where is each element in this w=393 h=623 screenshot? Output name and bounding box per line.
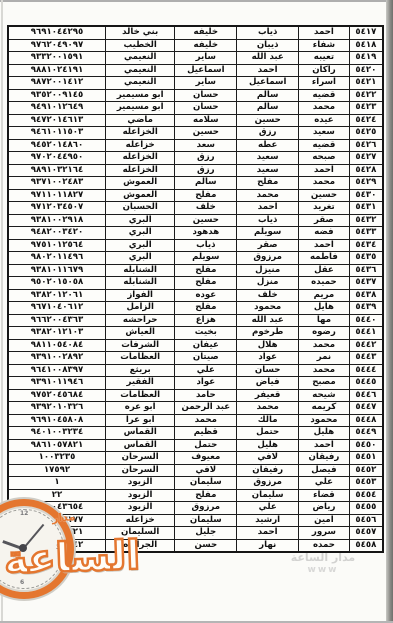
cell-id: ٥٤٤٤: [349, 364, 383, 377]
cell-grandfather: حامد: [175, 389, 237, 402]
cell-first: تغريد: [299, 202, 350, 215]
cell-family: العياش: [106, 327, 175, 340]
cell-id: ٥٤٣٩: [349, 302, 383, 315]
table-row: ٥٤٥٠احمدهليلحتملالقماس٩٨٦١٠٥٧٨٢١: [8, 439, 383, 452]
cell-father: ذياب: [237, 26, 299, 39]
table-row: ٥٤٤٠مهاعبد اللههزاعحراحشه٩٦٦٢٠٠٤٣٦٣: [8, 314, 383, 327]
cell-first: حمده: [299, 539, 350, 552]
table-row: ٥٤٢٨احمدسعيدرزقالخزاعله٩٨٩١٠٣٢١٦٤: [8, 164, 383, 177]
cell-id: ٥٤٥٨: [349, 539, 383, 552]
cell-family: بني خالد: [106, 26, 175, 39]
cell-phone: ١٠٠٣٢٣٥: [8, 452, 106, 465]
cell-first: محمد: [299, 339, 350, 352]
cell-family: الفقير: [106, 377, 175, 390]
cell-first: فيصل: [299, 464, 350, 477]
cell-id: ٥٤٤٣: [349, 352, 383, 365]
cell-family: ماضي: [106, 114, 175, 127]
table-row: ٥٤٣٠حسينمحمدمفلحالعموش٩٧١١٠١١٨٢٧: [8, 189, 383, 202]
cell-family: الخطيب: [106, 39, 175, 52]
cell-family: العموش: [106, 177, 175, 190]
table-row: ٥٤٥٢فيصلرفيفانلافيالسرحان١٧٥٩٢: [8, 464, 383, 477]
cell-grandfather: عواد: [175, 377, 237, 390]
cell-phone: ٩٦٦٢٠٠٤٣٦٣: [8, 314, 106, 327]
cell-first: مريم: [299, 289, 350, 302]
cell-id: ٥٤٣٣: [349, 227, 383, 240]
cell-grandfather: ساير: [175, 52, 237, 65]
cell-first: امين: [299, 514, 350, 527]
table-row: ٥٤١٧احمدذيابخليفهبني خالد٩٦٩١٠٤٤٢٩٥: [8, 26, 383, 39]
cell-id: ٥٤١٩: [349, 52, 383, 65]
cell-phone: ٩٧١١٠١١٨٢٧: [8, 189, 106, 202]
cell-family: الخزاعله: [106, 127, 175, 140]
cell-grandfather: مفلح: [175, 264, 237, 277]
cell-id: ٥٤٤١: [349, 327, 383, 340]
cell-family: السرحان: [106, 464, 175, 477]
cell-phone: ١: [8, 477, 106, 490]
table-row: ٥٤٢٤عيدهحسينسلامهماضي٩٤٧٢٠١٤٦١٣: [8, 114, 383, 127]
cell-family: البري: [106, 214, 175, 227]
table-row: ٥٤٢١اسراءاسماعيلسايرالنعيمي٩٨٧٢٠٠١٤١٢: [8, 77, 383, 90]
cell-grandfather: سعد: [175, 139, 237, 152]
cell-phone: ٩٣٨١٠٠٢٩١٨: [8, 214, 106, 227]
cell-id: ٥٤٢٩: [349, 177, 383, 190]
table-row: ٥٤٣٨مريمخلفعودهالفواز٩٣٨٢٠١٢٠٦١: [8, 289, 383, 302]
cell-family: ابو عرا: [106, 414, 175, 427]
cell-phone: ٩٦٤١٠٠٨٣٩٧: [8, 364, 106, 377]
table-row: ٥٤٢٢قضيهسالمحسانابو مسيمير٩٣٥٢٠٠٩١٤٥: [8, 89, 383, 102]
cell-phone: ٩٤٥٢٠١٤٨٦٠: [8, 139, 106, 152]
cell-grandfather: مرزوق: [175, 502, 237, 515]
cell-first: هايل: [299, 302, 350, 315]
cell-family: البري: [106, 252, 175, 265]
cell-father: حتمل: [237, 427, 299, 440]
cell-grandfather: معيوف: [175, 452, 237, 465]
cell-father: حسين: [237, 114, 299, 127]
cell-first: صقر: [299, 214, 350, 227]
cell-grandfather: جليل: [175, 527, 237, 540]
table-row: ٥٤٣٢صقرذيابحسينالبري٩٣٨١٠٠٢٩١٨: [8, 214, 383, 227]
table-row: ٥٤٢٧صبحهسعيدرزقالخزاعله٩٧٠٢٠٤٤٩٥٠: [8, 152, 383, 165]
cell-father: عبد الله: [237, 314, 299, 327]
cell-phone: ٩٣٩١٠٠٢٨٩٢: [8, 352, 106, 365]
cell-father: منزل: [237, 277, 299, 290]
cell-father: محمد: [237, 402, 299, 415]
cell-grandfather: مفلح: [175, 277, 237, 290]
cell-id: ٥٤٣٧: [349, 277, 383, 290]
cell-first: محمد: [299, 364, 350, 377]
cell-grandfather: علي: [175, 364, 237, 377]
cell-father: منيزل: [237, 264, 299, 277]
cell-grandfather: خليفه: [175, 26, 237, 39]
cell-phone: ٩٣٣٢٠٠١٥٩١: [8, 52, 106, 65]
table-row: ٥٤٤٣نمرعوادصيتانالعظامات٩٣٩١٠٠٢٨٩٢: [8, 352, 383, 365]
cell-father: ذيبان: [237, 39, 299, 52]
cell-id: ٥٤٢٦: [349, 139, 383, 152]
cell-father: هليل: [237, 439, 299, 452]
watermark: مدار الساعة www: [268, 551, 378, 577]
cell-grandfather: رزق: [175, 164, 237, 177]
cell-father: مرزوق: [237, 477, 299, 490]
cell-phone: ٩٣٨١٠١١٦٧٩: [8, 264, 106, 277]
scan-edge-right: [386, 0, 393, 623]
cell-family: القماس: [106, 439, 175, 452]
cell-id: ٥٤٣٨: [349, 289, 383, 302]
cell-family: ابو مسيمير: [106, 102, 175, 115]
cell-first: حسين: [299, 189, 350, 202]
cell-family: النعيمي: [106, 52, 175, 65]
cell-grandfather: سليمان: [175, 514, 237, 527]
cell-family: النعيمي: [106, 77, 175, 90]
cell-first: قضيه: [299, 89, 350, 102]
cell-id: ٥٤٢١: [349, 77, 383, 90]
table-row: ٥٤٢٦قضيهعطهسعدخزاعله٩٤٥٢٠١٤٨٦٠: [8, 139, 383, 152]
cell-family: بريثع: [106, 364, 175, 377]
cell-grandfather: ساير: [175, 77, 237, 90]
watermark-url: www: [268, 564, 378, 577]
cell-first: احمد: [299, 239, 350, 252]
cell-id: ٥٤٢٢: [349, 89, 383, 102]
cell-father: عواد: [237, 352, 299, 365]
table-row: ٥٤٣١تغريداحمدخلفالحسبان٩٧١٢٠٣٤٥٠٧: [8, 202, 383, 215]
cell-grandfather: خليفه: [175, 39, 237, 52]
cell-id: ٥٤٢٨: [349, 164, 383, 177]
records-table-body: ٥٤١٧احمدذيابخليفهبني خالد٩٦٩١٠٤٤٢٩٥٥٤١٨ش…: [8, 26, 383, 552]
cell-phone: ٩٣٩١٠١١٩٤٦: [8, 377, 106, 390]
cell-family: الحسبان: [106, 202, 175, 215]
cell-family: ابو مسيمير: [106, 89, 175, 102]
table-row: ٥٤٥١رفيقانلافيمعيوفالسرحان١٠٠٣٢٣٥: [8, 452, 383, 465]
cell-first: محمد: [299, 177, 350, 190]
cell-father: مالك: [237, 414, 299, 427]
cell-first: شفاء: [299, 39, 350, 52]
cell-phone: ٩٥٠٢٠١٥٠٥٨: [8, 277, 106, 290]
table-row: ٥٤١٨شفاءذيبانخليفهالخطيب٩٧٦٢٠٤٩٠٩٧: [8, 39, 383, 52]
cell-first: احمد: [299, 439, 350, 452]
cell-grandfather: حسين: [175, 127, 237, 140]
cell-grandfather: عوده: [175, 289, 237, 302]
cell-family: العظامات: [106, 352, 175, 365]
cell-father: سعيد: [237, 152, 299, 165]
table-row: ٥٤٢٠راكاناحمداسماعيلالنعيمي٩٨٨١٠٢٤١٩١: [8, 64, 383, 77]
cell-phone: ٩٦٧١٠٤٠٦١٢: [8, 302, 106, 315]
cell-grandfather: عيفان: [175, 339, 237, 352]
cell-id: ٥٤٢٣: [349, 102, 383, 115]
cell-father: مفلح: [237, 177, 299, 190]
cell-id: ٥٤٥١: [349, 452, 383, 465]
cell-id: ٥٤٤٦: [349, 389, 383, 402]
cell-father: عطه: [237, 139, 299, 152]
cell-phone: ٩٤٧٢٠١٤٦١٣: [8, 114, 106, 127]
cell-first: رضوه: [299, 327, 350, 340]
cell-grandfather: حسين: [175, 214, 237, 227]
cell-id: ٥٤٣١: [349, 202, 383, 215]
scan-edge-top: [0, 0, 393, 2]
cell-father: خلف: [237, 289, 299, 302]
cell-first: علي: [299, 477, 350, 490]
cell-id: ٥٤٤٥: [349, 377, 383, 390]
cell-grandfather: حسان: [175, 102, 237, 115]
cell-father: حسان: [237, 364, 299, 377]
table-row: ٥٤٤٦شيحهقعيفرحامدالعظامات٩٧٥٢٠٤٥٦٨٤: [8, 389, 383, 402]
cell-phone: ٩٧٥١٠١٢٥٦٤: [8, 239, 106, 252]
cell-father: صقر: [237, 239, 299, 252]
cell-family: الخزاعله: [106, 152, 175, 165]
cell-father: ارشيد: [237, 514, 299, 527]
cell-phone: ٩٧٦٢٠٤٩٠٩٧: [8, 39, 106, 52]
cell-id: ٥٤٣٥: [349, 252, 383, 265]
cell-grandfather: حسان: [175, 89, 237, 102]
cell-phone: ٩٣٨٢٠١٢٠٦١: [8, 289, 106, 302]
cell-father: لافي: [237, 452, 299, 465]
cell-family: البري: [106, 227, 175, 240]
table-row: ٥٤٢٥سعيدرزقحسينالخزاعله٩٤٦١٠١١٥٠٣: [8, 127, 383, 140]
cell-phone: ٩٨١١٠٥٤٠٨٤: [8, 339, 106, 352]
cell-grandfather: حسن: [175, 539, 237, 552]
cell-grandfather: حتمل: [175, 439, 237, 452]
cell-family: الزيود: [106, 502, 175, 515]
table-row: ٥٤٣٧حميدهمنزلمفلحالشنابله٩٥٠٢٠١٥٠٥٨: [8, 277, 383, 290]
cell-phone: ٩٤٩١٠١٢٦٤٩: [8, 102, 106, 115]
cell-father: مرزوق: [237, 252, 299, 265]
cell-id: ٥٤٥٥: [349, 502, 383, 515]
table-row: ٥٤٣٥فاطمهمرزوقسويلمالبري٩٨٠٢٠١١٤٩٦: [8, 252, 383, 265]
cell-father: احمد: [237, 527, 299, 540]
cell-first: سرور: [299, 527, 350, 540]
cell-grandfather: رزق: [175, 152, 237, 165]
cell-phone: ٩٦٩١٠٤٥٨٠٨: [8, 414, 106, 427]
table-row: ٥٤٣٤احمدصقرذيابالبري٩٧٥١٠١٢٥٦٤: [8, 239, 383, 252]
cell-father: سليمان: [237, 489, 299, 502]
clock-number-12: 12: [20, 510, 28, 517]
cell-first: رياض: [299, 502, 350, 515]
cell-phone: ٩٨٩١٠٣٢١٦٤: [8, 164, 106, 177]
table-row: ٥٤٥٣عليمرزوقسليمانالزيود١: [8, 477, 383, 490]
cell-first: كريمه: [299, 402, 350, 415]
cell-first: عيده: [299, 114, 350, 127]
cell-id: ٥٤٤٢: [349, 339, 383, 352]
cell-family: العموش: [106, 189, 175, 202]
cell-father: احمد: [237, 64, 299, 77]
cell-id: ٥٤٣٢: [349, 214, 383, 227]
cell-first: عقل: [299, 264, 350, 277]
table-row: ٥٤٤٩هليلحتملقظيمالقماس٩٤٠١٠٠٣٢٣٤: [8, 427, 383, 440]
cell-grandfather: هزاع: [175, 314, 237, 327]
cell-father: علي: [237, 502, 299, 515]
cell-phone: ٩٨٦١٠٥٧٨٢١: [8, 439, 106, 452]
scanned-page: مدار الساعة www مدار الساعة www مدار الس…: [0, 0, 393, 623]
table-row: ٥٤١٩تعيبهعبد اللهسايرالنعيمي٩٣٣٢٠٠١٥٩١: [8, 52, 383, 65]
cell-first: هليل: [299, 427, 350, 440]
cell-phone: ٩٨٨١٠٢٤١٩١: [8, 64, 106, 77]
cell-id: ٥٤٢٧: [349, 152, 383, 165]
cell-grandfather: سالم: [175, 177, 237, 190]
cell-father: عبد الله: [237, 52, 299, 65]
cell-first: احمد: [299, 164, 350, 177]
cell-first: حميده: [299, 277, 350, 290]
cell-grandfather: هدهود: [175, 227, 237, 240]
cell-family: حراحشه: [106, 314, 175, 327]
cell-id: ٥٤٥٤: [349, 489, 383, 502]
table-row: ٥٤٤٢محمدهلالعيفانالشرفات٩٨١١٠٥٤٠٨٤: [8, 339, 383, 352]
cell-grandfather: سويلم: [175, 252, 237, 265]
cell-first: راكان: [299, 64, 350, 77]
cell-grandfather: اسماعيل: [175, 64, 237, 77]
table-row: ٥٤٤٧كريمهمحمدعبد الرحمنابو عره٩٣٩٢٠١٠٣٢٦: [8, 402, 383, 415]
cell-phone: ٩٧٠٢٠٤٤٩٥٠: [8, 152, 106, 165]
cell-father: رفيفان: [237, 464, 299, 477]
cell-family: الفواز: [106, 289, 175, 302]
cell-father: قعيفر: [237, 389, 299, 402]
cell-grandfather: خلف: [175, 202, 237, 215]
cell-phone: ٩٤٨٢٠٠٣٤٢٠: [8, 227, 106, 240]
cell-phone: ٩٤٠١٠٠٣٢٣٤: [8, 427, 106, 440]
cell-first: مصبح: [299, 377, 350, 390]
cell-grandfather: مفلح: [175, 302, 237, 315]
cell-phone: ٩٨٧٢٠٠١٤١٢: [8, 77, 106, 90]
cell-father: سالم: [237, 102, 299, 115]
cell-grandfather: سليمان: [175, 477, 237, 490]
cell-id: ٥٤١٨: [349, 39, 383, 52]
cell-family: الزيود: [106, 477, 175, 490]
cell-father: رزق: [237, 127, 299, 140]
cell-father: فياض: [237, 377, 299, 390]
cell-grandfather: ذياب: [175, 239, 237, 252]
cell-phone: ٩٦٩١٠٤٤٢٩٥: [8, 26, 106, 39]
cell-grandfather: صيتان: [175, 352, 237, 365]
cell-father: سعيد: [237, 164, 299, 177]
cell-family: النعيمي: [106, 64, 175, 77]
cell-father: محمد: [237, 189, 299, 202]
cell-family: الشنابله: [106, 277, 175, 290]
cell-id: ٥٤٥٣: [349, 477, 383, 490]
table-row: ٥٤٢٣محمدسالمحسانابو مسيمير٩٤٩١٠١٢٦٤٩: [8, 102, 383, 115]
table-row: ٥٤٣٣فضهسويلمهدهودالبري٩٤٨٢٠٠٣٤٢٠: [8, 227, 383, 240]
cell-first: فاطمه: [299, 252, 350, 265]
cell-id: ٥٤٣٦: [349, 264, 383, 277]
cell-phone: ٩٧١٢٠٣٤٥٠٧: [8, 202, 106, 215]
cell-family: السرحان: [106, 452, 175, 465]
cell-father: محمود: [237, 302, 299, 315]
cell-id: ٥٤٤٩: [349, 427, 383, 440]
cell-father: سالم: [237, 89, 299, 102]
cell-father: اسماعيل: [237, 77, 299, 90]
cell-grandfather: قظيم: [175, 427, 237, 440]
cell-family: الزامل: [106, 302, 175, 315]
cell-grandfather: لافي: [175, 464, 237, 477]
cell-id: ٥٤٣٠: [349, 189, 383, 202]
cell-family: العظامات: [106, 389, 175, 402]
stamp-logo-small-text: مدار: [52, 510, 76, 525]
cell-grandfather: مفلح: [175, 489, 237, 502]
cell-id: ٥٤٤٠: [349, 314, 383, 327]
cell-first: رفيقان: [299, 452, 350, 465]
cell-first: صبحه: [299, 152, 350, 165]
cell-id: ٥٤٤٧: [349, 402, 383, 415]
cell-family: الزيود: [106, 489, 175, 502]
table-row: ٥٤٤٨محمودمالكمحمدابو عرا٩٦٩١٠٤٥٨٠٨: [8, 414, 383, 427]
cell-first: محمد: [299, 102, 350, 115]
cell-grandfather: بخيت: [175, 327, 237, 340]
cell-phone: ٩٤٦١٠١١٥٠٣: [8, 127, 106, 140]
table-row: ٥٤٤٤محمدحسانعليبريثع٩٦٤١٠٠٨٣٩٧: [8, 364, 383, 377]
cell-id: ٥٤٣٤: [349, 239, 383, 252]
records-table: ٥٤١٧احمدذيابخليفهبني خالد٩٦٩١٠٤٤٢٩٥٥٤١٨ش…: [7, 25, 384, 553]
cell-father: احمد: [237, 202, 299, 215]
cell-id: ٥٤٢٥: [349, 127, 383, 140]
cell-id: ٥٤٥٢: [349, 464, 383, 477]
cell-family: القماس: [106, 427, 175, 440]
cell-id: ٥٤٤٨: [349, 414, 383, 427]
cell-id: ٥٤٥٦: [349, 514, 383, 527]
table-row: ٥٤٢٩محمدمفلحسالمالعموش٩٣٧١٠٠٢٤٨٣: [8, 177, 383, 190]
cell-grandfather: محمد: [175, 414, 237, 427]
cell-id: ٥٤١٧: [349, 26, 383, 39]
cell-first: مها: [299, 314, 350, 327]
cell-father: سويلم: [237, 227, 299, 240]
cell-first: نمر: [299, 352, 350, 365]
cell-phone: ٩٣٩٢٠١٠٣٢٦: [8, 402, 106, 415]
cell-father: طرخوم: [237, 327, 299, 340]
cell-father: نهار: [237, 539, 299, 552]
cell-phone: ٩٨٠٢٠١١٤٩٦: [8, 252, 106, 265]
cell-family: خزاعله: [106, 514, 175, 527]
cell-first: شيحه: [299, 389, 350, 402]
cell-grandfather: مفلح: [175, 189, 237, 202]
cell-grandfather: عبد الرحمن: [175, 402, 237, 415]
cell-id: ٥٤٢٠: [349, 64, 383, 77]
cell-family: الشنابله: [106, 264, 175, 277]
table-row: ٥٤٣٦عقلمنيزلمفلحالشنابله٩٣٨١٠١١٦٧٩: [8, 264, 383, 277]
cell-phone: ٩٣٥٢٠٠٩١٤٥: [8, 89, 106, 102]
cell-first: تعيبه: [299, 52, 350, 65]
cell-first: محمود: [299, 414, 350, 427]
table-row: ٥٤٤١رضوهطرخومبخيتالعياش٩٣٨٢٠١٢١٠٣: [8, 327, 383, 340]
cell-id: ٥٤٢٤: [349, 114, 383, 127]
cell-first: فضه: [299, 227, 350, 240]
cell-first: قضاء: [299, 489, 350, 502]
cell-family: الخزاعله: [106, 164, 175, 177]
cell-id: ٥٤٥٧: [349, 527, 383, 540]
cell-phone: ٩٣٨٢٠١٢١٠٣: [8, 327, 106, 340]
cell-father: ذياب: [237, 214, 299, 227]
table-row: ٥٤٤٥مصبحفياضعوادالفقير٩٣٩١٠١١٩٤٦: [8, 377, 383, 390]
cell-family: ابو عره: [106, 402, 175, 415]
cell-phone: ١٧٥٩٢: [8, 464, 106, 477]
cell-phone: ٩٣٧١٠٠٢٤٨٣: [8, 177, 106, 190]
cell-grandfather: سلامه: [175, 114, 237, 127]
cell-first: سعيد: [299, 127, 350, 140]
cell-first: احمد: [299, 26, 350, 39]
table-row: ٥٤٣٩هايلمحمودمفلحالزامل٩٦٧١٠٤٠٦١٢: [8, 302, 383, 315]
cell-first: اسراء: [299, 77, 350, 90]
stamp-logo-big-text: الساعة: [3, 536, 140, 581]
cell-father: هلال: [237, 339, 299, 352]
cell-family: الشرفات: [106, 339, 175, 352]
cell-id: ٥٤٥٠: [349, 439, 383, 452]
cell-family: البري: [106, 239, 175, 252]
cell-first: قضيه: [299, 139, 350, 152]
cell-phone: ٩٧٥٢٠٤٥٦٨٤: [8, 389, 106, 402]
cell-family: خزاعله: [106, 139, 175, 152]
